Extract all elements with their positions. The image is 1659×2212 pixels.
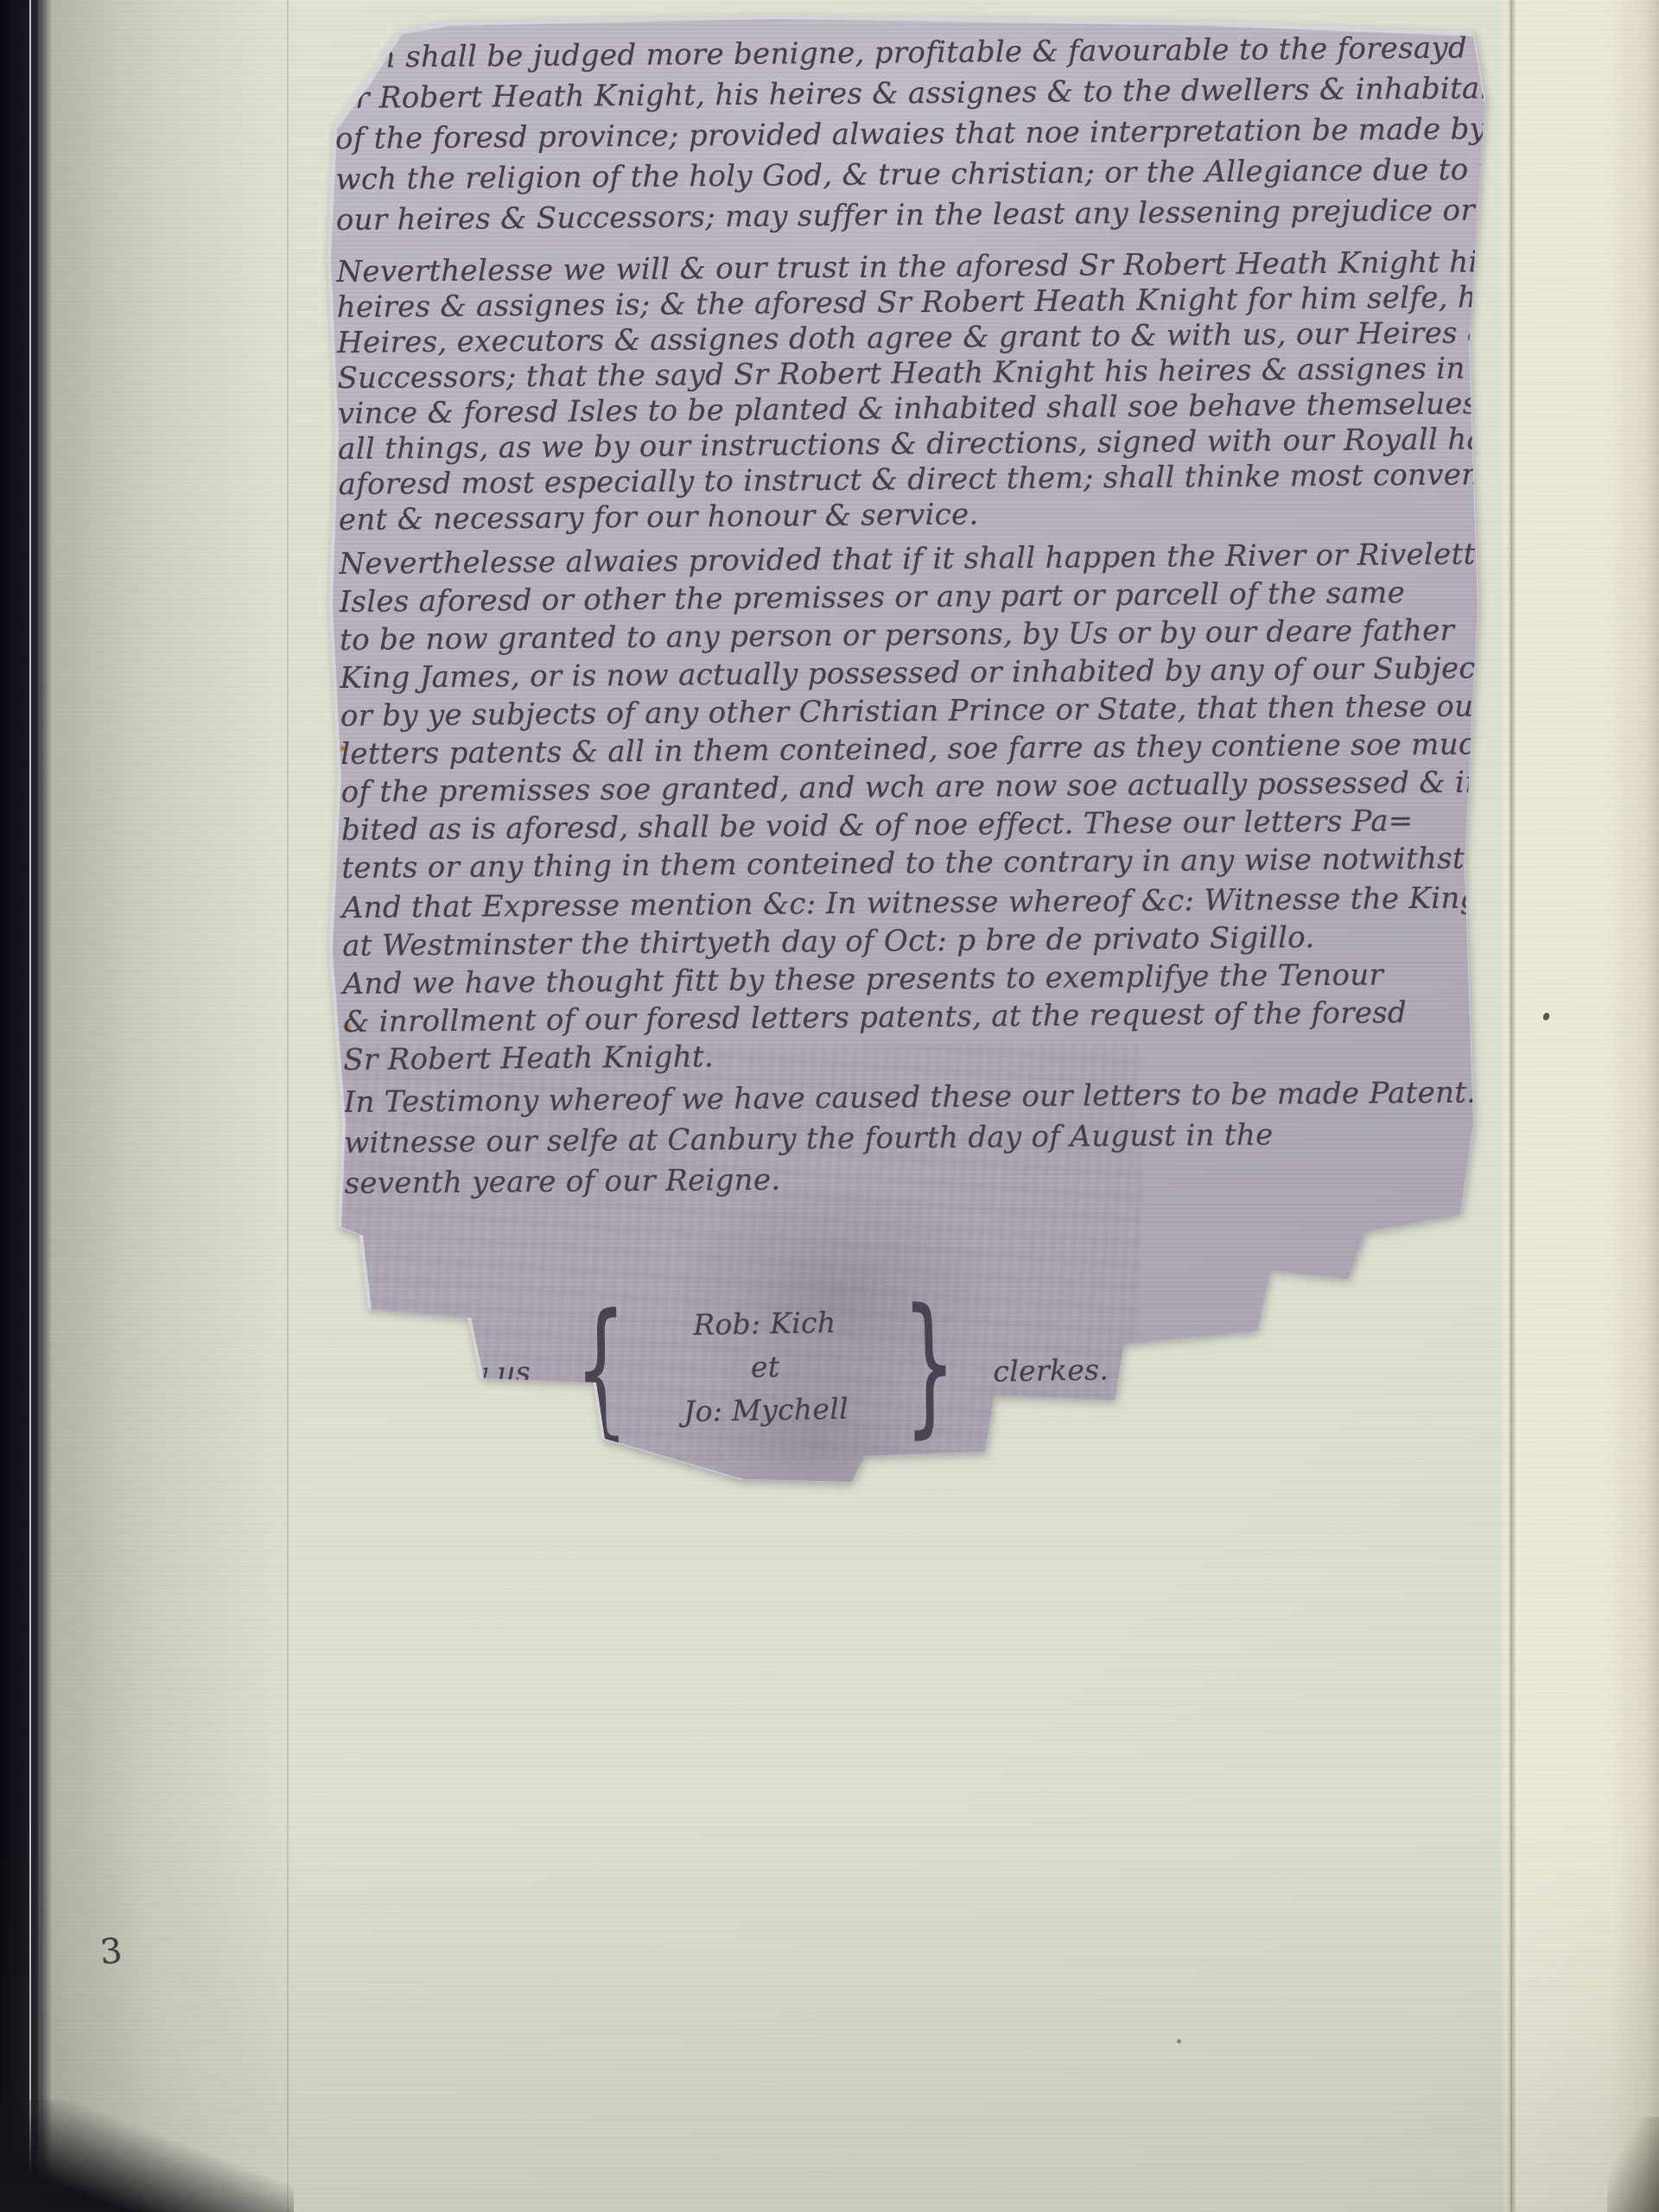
- exam-name: Jo: Mychell: [683, 1389, 849, 1432]
- exam-brace-right: }: [901, 1288, 957, 1440]
- manuscript-paragraph: And that Expresse mention &c: In witness…: [342, 879, 1502, 1079]
- page-leaf-edge: [29, 0, 31, 2212]
- exam-name: Rob: Kich: [693, 1303, 836, 1345]
- gutter-shadow: [40, 0, 299, 2212]
- exam-name: et: [751, 1347, 780, 1388]
- exam-block: Exam: by us { Rob: Kich et Jo: Mychell }…: [350, 1279, 1109, 1456]
- manuscript-paragraph: In Testimony whereof we have caused thes…: [344, 1072, 1503, 1205]
- exam-suffix: clerkes.: [993, 1352, 1109, 1388]
- page-leaf-edge: [39, 0, 41, 2212]
- book-binding: [0, 0, 52, 2212]
- fragment-paper: wch shall be judged more benigne, profit…: [298, 17, 1491, 1491]
- manuscript-paragraph: Neverthelesse alwaies provided that if i…: [339, 535, 1499, 887]
- binding-corner-shadow: [0, 2100, 294, 2212]
- pasted-fragment: wch shall be judged more benigne, profit…: [298, 17, 1491, 1491]
- manuscript-paragraph: Neverthelesse we will & our trust in the…: [336, 245, 1497, 538]
- manuscript-photo: wch shall be judged more benigne, profit…: [0, 0, 1659, 2212]
- exam-names: Rob: Kich et Jo: Mychell: [652, 1302, 879, 1433]
- page-fold-highlight: [1500, 0, 1510, 2212]
- paper-speck: [1177, 2039, 1181, 2044]
- manuscript-text: wch shall be judged more benigne, profit…: [334, 22, 1503, 1205]
- page-crease: [287, 0, 289, 2212]
- adjacent-leaf: [1516, 0, 1659, 2212]
- exam-label: Exam: by us: [352, 1355, 531, 1392]
- manuscript-paragraph: wch shall be judged more benigne, profit…: [334, 28, 1494, 241]
- page-number: 3: [99, 1931, 124, 1973]
- page-corner-shadow: [1607, 2117, 1659, 2212]
